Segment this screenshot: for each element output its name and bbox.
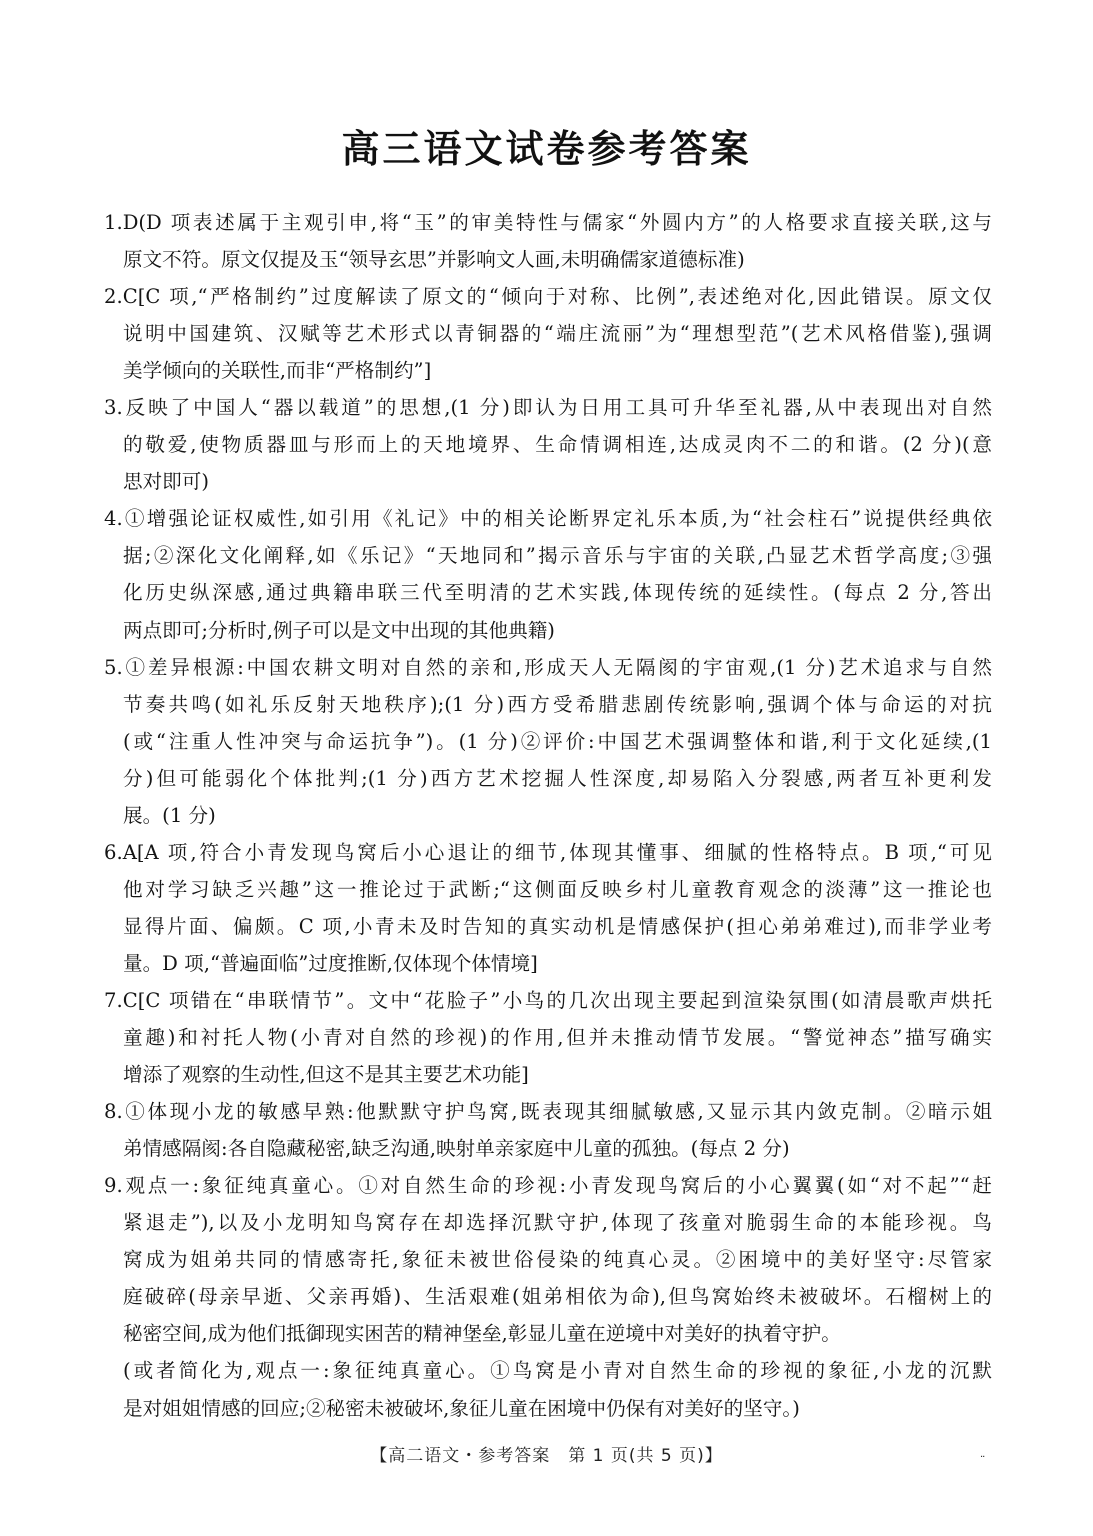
answer-1-line-2: 原文不符。原文仅提及玉“领导玄思”并影响文人画,未明确儒家道德标准)	[104, 241, 992, 278]
answer-9-line-7: 是对姐姐情感的回应;②秘密未被破坏,象征儿童在困境中仍保有对美好的坚守。)	[104, 1390, 992, 1427]
answer-9-line-2: 紧退走”),以及小龙明知鸟窝存在却选择沉默守护,体现了孩童对脆弱生命的本能珍视。…	[104, 1204, 992, 1241]
answer-7-line-2: 童趣)和衬托人物(小青对自然的珍视)的作用,但并未推动情节发展。“警觉神态”描写…	[104, 1019, 992, 1056]
answer-4-line-4: 两点即可;分析时,例子可以是文中出现的其他典籍)	[104, 612, 992, 649]
answer-3-line-2: 的敬爱,使物质器皿与形而上的天地境界、生命情调相连,达成灵肉不二的和谐。(2 分…	[104, 426, 992, 463]
page-title: 高三语文试卷参考答案	[0, 118, 1093, 173]
answer-2-line-1: 2.C[C 项,“严格制约”过度解读了原文的“倾向于对称、比例”,表述绝对化,因…	[104, 278, 992, 315]
answer-6-line-3: 显得片面、偏颇。C 项,小青未及时告知的真实动机是情感保护(担心弟弟难过),而非…	[104, 908, 992, 945]
answer-6-line-4: 量。D 项,“普遍面临”过度推断,仅体现个体情境]	[104, 945, 992, 982]
corner-mark: ··	[980, 1455, 984, 1461]
answer-text: 反映了中国人“器以载道”的思想,(1 分)即认为日用工具可升华至礼器,从中表现出…	[123, 396, 992, 419]
answer-number: 7.	[104, 982, 123, 1019]
answer-text: ①增强论证权威性,如引用《礼记》中的相关论断界定礼乐本质,为“社会柱石”说提供经…	[123, 507, 992, 530]
answer-6-line-2: 他对学习缺乏兴趣”这一推论过于武断;“这侧面反映乡村儿童教育观念的淡薄”这一推论…	[104, 871, 992, 908]
answer-2-line-2: 说明中国建筑、汉赋等艺术形式以青铜器的“端庄流丽”为“理想型范”(艺术风格借鉴)…	[104, 315, 992, 352]
answer-key-page: 高三语文试卷参考答案 1.D(D 项表述属于主观引申,将“玉”的审美特性与儒家“…	[0, 0, 1093, 1536]
answer-number: 4.	[104, 500, 123, 537]
answer-1-line-1: 1.D(D 项表述属于主观引申,将“玉”的审美特性与儒家“外圆内方”的人格要求直…	[104, 204, 992, 241]
answer-9-line-4: 庭破碎(母亲早逝、父亲再婚)、生活艰难(姐弟相依为命),但鸟窝始终未被破坏。石榴…	[104, 1278, 992, 1315]
answer-3-line-1: 3.反映了中国人“器以载道”的思想,(1 分)即认为日用工具可升华至礼器,从中表…	[104, 389, 992, 426]
answer-8-line-1: 8.①体现小龙的敏感早熟:他默默守护鸟窝,既表现其细腻敏感,又显示其内敛克制。②…	[104, 1093, 992, 1130]
answer-4-line-3: 化历史纵深感,通过典籍串联三代至明清的艺术实践,体现传统的延续性。(每点 2 分…	[104, 574, 992, 611]
answer-text: D(D 项表述属于主观引申,将“玉”的审美特性与儒家“外圆内方”的人格要求直接关…	[123, 211, 992, 234]
answer-2-line-3: 美学倾向的关联性,而非“严格制约”]	[104, 352, 992, 389]
answer-8-line-2: 弟情感隔阂:各自隐藏秘密,缺乏沟通,映射单亲家庭中儿童的孤独。(每点 2 分)	[104, 1130, 992, 1167]
answer-9-line-1: 9.观点一:象征纯真童心。①对自然生命的珍视:小青发现鸟窝后的小心翼翼(如“对不…	[104, 1167, 992, 1204]
answer-number: 3.	[104, 389, 123, 426]
answer-4-line-1: 4.①增强论证权威性,如引用《礼记》中的相关论断界定礼乐本质,为“社会柱石”说提…	[104, 500, 992, 537]
answer-6-line-1: 6.A[A 项,符合小青发现鸟窝后小心退让的细节,体现其懂事、细腻的性格特点。B…	[104, 834, 992, 871]
answer-number: 6.	[104, 834, 123, 871]
page-footer: 【高二语文・参考答案 第 1 页(共 5 页)】	[0, 1441, 1093, 1466]
answer-4-line-2: 据;②深化文化阐释,如《乐记》“天地同和”揭示音乐与宇宙的关联,凸显艺术哲学高度…	[104, 537, 992, 574]
answer-text: C[C 项,“严格制约”过度解读了原文的“倾向于对称、比例”,表述绝对化,因此错…	[123, 285, 992, 308]
answer-text: C[C 项错在“串联情节”。文中“花脸子”小鸟的几次出现主要起到渲染氛围(如清晨…	[123, 989, 992, 1012]
answer-text: ①体现小龙的敏感早熟:他默默守护鸟窝,既表现其细腻敏感,又显示其内敛克制。②暗示…	[123, 1100, 992, 1123]
answer-9-line-3: 窝成为姐弟共同的情感寄托,象征未被世俗侵染的纯真心灵。②困境中的美好坚守:尽管家	[104, 1241, 992, 1278]
answer-number: 2.	[104, 278, 123, 315]
answer-3-line-3: 思对即可)	[104, 463, 992, 500]
answer-5-line-1: 5.①差异根源:中国农耕文明对自然的亲和,形成天人无隔阂的宇宙观,(1 分)艺术…	[104, 649, 992, 686]
answer-text: ①差异根源:中国农耕文明对自然的亲和,形成天人无隔阂的宇宙观,(1 分)艺术追求…	[123, 656, 992, 679]
answer-5-line-5: 展。(1 分)	[104, 797, 992, 834]
answers-body: 1.D(D 项表述属于主观引申,将“玉”的审美特性与儒家“外圆内方”的人格要求直…	[104, 204, 992, 1427]
answer-9-line-5: 秘密空间,成为他们抵御现实困苦的精神堡垒,彰显儿童在逆境中对美好的执着守护。	[104, 1315, 992, 1352]
answer-5-line-4: 分)但可能弱化个体批判;(1 分)西方艺术挖掘人性深度,却易陷入分裂感,两者互补…	[104, 760, 992, 797]
answer-9-line-6: (或者简化为,观点一:象征纯真童心。①鸟窝是小青对自然生命的珍视的象征,小龙的沉…	[104, 1352, 992, 1389]
answer-number: 9.	[104, 1167, 123, 1204]
answer-text: 观点一:象征纯真童心。①对自然生命的珍视:小青发现鸟窝后的小心翼翼(如“对不起”…	[123, 1174, 992, 1197]
answer-number: 5.	[104, 649, 123, 686]
answer-number: 1.	[104, 204, 123, 241]
answer-number: 8.	[104, 1093, 123, 1130]
answer-5-line-3: (或“注重人性冲突与命运抗争”)。(1 分)②评价:中国艺术强调整体和谐,利于文…	[104, 723, 992, 760]
answer-5-line-2: 节奏共鸣(如礼乐反射天地秩序);(1 分)西方受希腊悲剧传统影响,强调个体与命运…	[104, 686, 992, 723]
answer-7-line-3: 增添了观察的生动性,但这不是其主要艺术功能]	[104, 1056, 992, 1093]
answer-text: A[A 项,符合小青发现鸟窝后小心退让的细节,体现其懂事、细腻的性格特点。B 项…	[123, 841, 992, 864]
answer-7-line-1: 7.C[C 项错在“串联情节”。文中“花脸子”小鸟的几次出现主要起到渲染氛围(如…	[104, 982, 992, 1019]
